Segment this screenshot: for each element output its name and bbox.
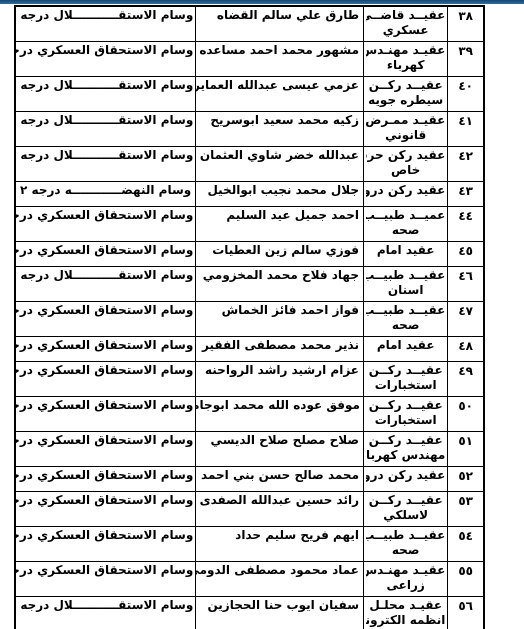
- name-cell: فواز احمد فائز الخماش: [196, 302, 364, 337]
- rank-line-1: عقيـد محلـل: [366, 598, 445, 613]
- row-number-cell: ٥٥: [448, 562, 484, 597]
- row-number-cell: ٤٢: [448, 147, 484, 182]
- rank-line-2: خاص: [366, 163, 445, 178]
- rank-line-2: صحه: [366, 543, 445, 558]
- rank-cell: عقيــد ركــنلاسلكي: [364, 492, 448, 527]
- rank-line-1: عقيـد مهنـدس: [366, 563, 445, 578]
- rank-line-2: استخبارات: [366, 413, 445, 428]
- rank-line-1: عقيــد ركــن: [366, 363, 445, 378]
- name-cell: احمد جميل عيد السليم: [196, 207, 364, 242]
- row-number-cell: ٤٦: [448, 267, 484, 302]
- rank-line-1: عقيــد قاضــي: [366, 8, 445, 23]
- awards-table: ٣٨عقيــد قاضــيعسكريطارق علي سالم القضاه…: [14, 5, 485, 629]
- medal-cell: وسام الاستحقاق العسكري درجه ٢: [15, 207, 196, 242]
- table-row: ٤٦عقيــد طبيــباسنانجهاد فلاح محمد المخز…: [15, 267, 484, 302]
- rank-cell: عقيد ركن حرسخاص: [364, 147, 448, 182]
- medal-cell: وسام الاستحقاق العسكري درجه ٢: [15, 432, 196, 467]
- rank-cell: عقيد امام: [364, 337, 448, 362]
- table-row: ٤٥عقيد امامفوزي سالم زين العطياتوسام الا…: [15, 242, 484, 267]
- rank-cell: عقيد ركن دروع: [364, 182, 448, 207]
- medal-cell: وسام الاستقـــــــــــلال درجه ٢: [15, 597, 196, 629]
- medal-cell: وسام الاستقـــــــــــلال درجه ٢: [15, 77, 196, 112]
- medal-cell: وسام النهضــــــــــــه درجه ٢: [15, 182, 196, 207]
- medal-cell: وسام الاستحقاق العسكري درجه ٢: [15, 337, 196, 362]
- rank-line-1: عقيـد مهنـدس: [366, 43, 445, 58]
- name-cell: عماد محمود مصطفى الدومي: [196, 562, 364, 597]
- table-row: ٥٦عقيـد محلـلانظمه الكترونيهسفيان ايوب ح…: [15, 597, 484, 629]
- table-row: ٥٠عقيــد ركــناستخباراتموفق عوده الله مح…: [15, 397, 484, 432]
- name-cell: عزمي عيسى عبدالله العمايره: [196, 77, 364, 112]
- name-cell: جلال محمد نجيب ابوالخيل: [196, 182, 364, 207]
- rank-line-1: عقيــد ركــن: [366, 493, 445, 508]
- table-row: ٤٢عقيد ركن حرسخاصعبدالله خضر شاوي العثما…: [15, 147, 484, 182]
- row-number-cell: ٥٠: [448, 397, 484, 432]
- table-row: ٤٣عقيد ركن دروعجلال محمد نجيب ابوالخيلوس…: [15, 182, 484, 207]
- rank-line-1: عقيــد طبيــب: [366, 303, 445, 318]
- row-number-cell: ٤٣: [448, 182, 484, 207]
- medal-cell: وسام الاستحقاق العسكري درجه ٢: [15, 397, 196, 432]
- table-row: ٥٤عقيــد طبيــبصحهايهم فريح سليم حدادوسا…: [15, 527, 484, 562]
- medal-cell: وسام الاستحقاق العسكري درجه ٢: [15, 302, 196, 337]
- rank-line-1: عميــد طبيــب: [366, 208, 445, 223]
- medal-cell: وسام الاستحقاق العسكري درجه ٢: [15, 492, 196, 527]
- row-number-cell: ٣٨: [448, 6, 484, 42]
- rank-cell: عقيد ركن دروع: [364, 467, 448, 492]
- rank-line-1: عقيد امام: [366, 243, 445, 258]
- medal-cell: وسام الاستحقاق العسكري درجه ٢: [15, 467, 196, 492]
- table-row: ٥٣عقيــد ركــنلاسلكيرائد حسين عبدالله ال…: [15, 492, 484, 527]
- rank-line-1: عقيــد ركــن: [366, 398, 445, 413]
- medal-cell: وسام الاستحقاق العسكري درجه ٢: [15, 527, 196, 562]
- rank-cell: عقيــد قاضــيعسكري: [364, 6, 448, 42]
- rank-cell: عقيــد طبيــبصحه: [364, 527, 448, 562]
- name-cell: عبدالله خضر شاوي العثمان: [196, 147, 364, 182]
- row-number-cell: ٤٥: [448, 242, 484, 267]
- rank-line-2: سيطره جويه: [366, 93, 445, 108]
- rank-line-2: صحه: [366, 223, 445, 238]
- name-cell: جهاد فلاح محمد المخزومي: [196, 267, 364, 302]
- rank-cell: عقيـد ممـرضقانوني: [364, 112, 448, 147]
- medal-cell: وسام الاستقـــــــــــلال درجه ٢: [15, 147, 196, 182]
- medal-cell: وسام الاستحقاق العسكري درجه ٢: [15, 362, 196, 397]
- rank-line-2: مهندس كهرباء: [366, 448, 445, 463]
- name-cell: سفيان ايوب حنا الحجازين: [196, 597, 364, 629]
- rank-line-1: عقيــد طبيــب: [366, 268, 445, 283]
- table-row: ٣٨عقيــد قاضــيعسكريطارق علي سالم القضاه…: [15, 6, 484, 42]
- rank-cell: عقيــد ركــناستخبارات: [364, 397, 448, 432]
- rank-line-2: انظمه الكترونيه: [366, 613, 445, 628]
- name-cell: مشهور محمد احمد مساعده: [196, 42, 364, 77]
- rank-line-1: عقيــد ركــن: [366, 433, 445, 448]
- rank-line-2: اسنان: [366, 283, 445, 298]
- table-row: ٤٧عقيــد طبيــبصحهفواز احمد فائز الخماشو…: [15, 302, 484, 337]
- medal-cell: وسام الاستحقاق العسكري درجه ٢: [15, 242, 196, 267]
- table-row: ٤٠عقيــد ركــنسيطره جويهعزمي عيسى عبدالل…: [15, 77, 484, 112]
- rank-line-1: عقيــد طبيــب: [366, 528, 445, 543]
- rank-line-1: عقيد امام: [366, 338, 445, 353]
- name-cell: محمد صالح حسن بني احمد: [196, 467, 364, 492]
- row-number-cell: ٤٤: [448, 207, 484, 242]
- row-number-cell: ٤٠: [448, 77, 484, 112]
- rank-line-1: عقيــد ركــن: [366, 78, 445, 93]
- row-number-cell: ٥٣: [448, 492, 484, 527]
- table-row: ٤٤عميــد طبيــبصحهاحمد جميل عيد السليموس…: [15, 207, 484, 242]
- row-number-cell: ٤٧: [448, 302, 484, 337]
- rank-cell: عقيد امام: [364, 242, 448, 267]
- rank-cell: عقيـد محلـلانظمه الكترونيه: [364, 597, 448, 629]
- rank-line-1: عقيد ركن حرس: [366, 148, 445, 163]
- medal-cell: وسام الاستقـــــــــــلال درجه ٢: [15, 6, 196, 42]
- name-cell: رائد حسين عبدالله الصفدى: [196, 492, 364, 527]
- table-row: ٥١عقيــد ركــنمهندس كهرباءصلاح مصلح صلاح…: [15, 432, 484, 467]
- rank-line-2: قانوني: [366, 128, 445, 143]
- name-cell: طارق علي سالم القضاه: [196, 6, 364, 42]
- top-blue-bar: [0, 0, 524, 4]
- rank-line-2: كهرباء: [366, 58, 445, 73]
- row-number-cell: ٥٤: [448, 527, 484, 562]
- rank-cell: عقيــد ركــناستخبارات: [364, 362, 448, 397]
- rank-line-1: عقيد ركن دروع: [366, 468, 445, 483]
- rank-line-2: عسكري: [366, 23, 445, 38]
- rank-cell: عقيــد طبيــباسنان: [364, 267, 448, 302]
- row-number-cell: ٥٢: [448, 467, 484, 492]
- rank-line-2: لاسلكي: [366, 508, 445, 523]
- rank-cell: عقيـد مهنـدسزراعى: [364, 562, 448, 597]
- medal-cell: وسام الاستقـــــــــــلال درجه ٢: [15, 112, 196, 147]
- rank-line-1: عقيد ركن دروع: [366, 183, 445, 198]
- name-cell: موفق عوده الله محمد ابوجاموس: [196, 397, 364, 432]
- name-cell: عزام ارشيد راشد الرواحنه: [196, 362, 364, 397]
- medal-cell: وسام الاستحقاق العسكري درجه ٢: [15, 562, 196, 597]
- rank-line-1: عقيـد ممـرض: [366, 113, 445, 128]
- rank-cell: عقيـد مهنـدسكهرباء: [364, 42, 448, 77]
- table-row: ٥٥عقيـد مهنـدسزراعىعماد محمود مصطفى الدو…: [15, 562, 484, 597]
- table-row: ٣٩عقيـد مهنـدسكهرباءمشهور محمد احمد مساع…: [15, 42, 484, 77]
- row-number-cell: ٤٨: [448, 337, 484, 362]
- table-row: ٥٢عقيد ركن دروعمحمد صالح حسن بني احمدوسا…: [15, 467, 484, 492]
- name-cell: صلاح مصلح صلاح الديسي: [196, 432, 364, 467]
- rank-cell: عميــد طبيــبصحه: [364, 207, 448, 242]
- table-row: ٤٨عقيد امامنذير محمد مصطفى الفقيروسام ال…: [15, 337, 484, 362]
- rank-line-2: زراعى: [366, 578, 445, 593]
- medal-cell: وسام الاستحقاق العسكري درجه ٢: [15, 42, 196, 77]
- rank-cell: عقيــد ركــنسيطره جويه: [364, 77, 448, 112]
- name-cell: زكيه محمد سعيد ابوسريح: [196, 112, 364, 147]
- table-row: ٤١عقيـد ممـرضقانونيزكيه محمد سعيد ابوسري…: [15, 112, 484, 147]
- table-row: ٤٩عقيــد ركــناستخباراتعزام ارشيد راشد ا…: [15, 362, 484, 397]
- row-number-cell: ٥١: [448, 432, 484, 467]
- row-number-cell: ٥٦: [448, 597, 484, 629]
- row-number-cell: ٤٩: [448, 362, 484, 397]
- rank-line-2: صحه: [366, 318, 445, 333]
- name-cell: ايهم فريح سليم حداد: [196, 527, 364, 562]
- name-cell: فوزي سالم زين العطيات: [196, 242, 364, 267]
- name-cell: نذير محمد مصطفى الفقير: [196, 337, 364, 362]
- row-number-cell: ٣٩: [448, 42, 484, 77]
- rank-cell: عقيــد طبيــبصحه: [364, 302, 448, 337]
- rank-cell: عقيــد ركــنمهندس كهرباء: [364, 432, 448, 467]
- row-number-cell: ٤١: [448, 112, 484, 147]
- awards-table-body: ٣٨عقيــد قاضــيعسكريطارق علي سالم القضاه…: [15, 6, 484, 629]
- medal-cell: وسام الاستقـــــــــــلال درجه ٢: [15, 267, 196, 302]
- rank-line-2: استخبارات: [366, 378, 445, 393]
